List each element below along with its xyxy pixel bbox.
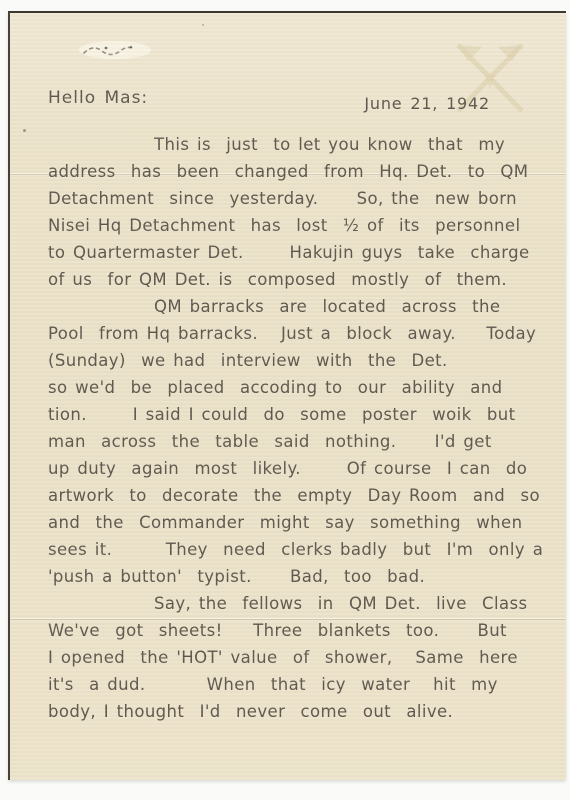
letter-line: Say, the fellows in QM Det. live Class h…: [48, 590, 552, 617]
letter-line: sees it. They need clerks badly but I'm …: [48, 536, 552, 563]
letter-line: up duty again most likely. Of course I c…: [48, 455, 552, 482]
letter-line: address has been changed from Hq. Det. t…: [48, 158, 552, 185]
pencil-scratch-mark: [76, 35, 154, 63]
letter-line: Detachment since yesterday. So, the new …: [48, 185, 552, 212]
letter-line: of us for QM Det. is composed mostly of …: [48, 266, 552, 293]
letter-line: body, I thought I'd never come out alive…: [48, 698, 552, 725]
letter-line: 'push a button' typist. Bad, too bad.: [48, 563, 552, 590]
letter-line: (Sunday) we had interview with the Det. …: [48, 347, 552, 374]
letter-date: June 21, 1942: [364, 90, 490, 117]
letter-line: We've got sheets! Three blankets too. Bu…: [48, 617, 552, 644]
letter-line: tion. I said I could do some poster woik…: [48, 401, 552, 428]
letter-line: to Quartermaster Det. Hakujin guys take …: [48, 239, 552, 266]
letter-body: This is just to let you know that myaddr…: [48, 131, 552, 725]
letter-line: artwork to decorate the empty Day Room a…: [48, 482, 552, 509]
letter-line: it's a dud. When that icy water hit my: [48, 671, 552, 698]
letter-greeting: Hello Mas:: [48, 85, 148, 112]
scanned-letter-screenshot: { "document": { "kind": "handwritten let…: [0, 0, 570, 800]
letter-line: Pool from Hq barracks. Just a block away…: [48, 320, 552, 347]
letter-header: Hello Mas: June 21, 1942: [48, 85, 552, 115]
letter-line: I opened the 'HOT' value of shower, Same…: [48, 644, 552, 671]
letter-content: Hello Mas: June 21, 1942 This is just to…: [48, 85, 552, 725]
letter-line: QM barracks are located across the Motor: [48, 293, 552, 320]
letter-line: so we'd be placed accoding to our abilit…: [48, 374, 552, 401]
letter-paper: Hello Mas: June 21, 1942 This is just to…: [8, 11, 566, 780]
letter-line: and the Commander might say something wh…: [48, 509, 552, 536]
letter-line: This is just to let you know that my: [48, 131, 552, 158]
letter-line: Nisei Hq Detachment has lost ½ of its pe…: [48, 212, 552, 239]
paper-speck: [23, 129, 26, 132]
paper-speck: [202, 24, 204, 26]
letter-line: man across the table said nothing. I'd g…: [48, 428, 552, 455]
